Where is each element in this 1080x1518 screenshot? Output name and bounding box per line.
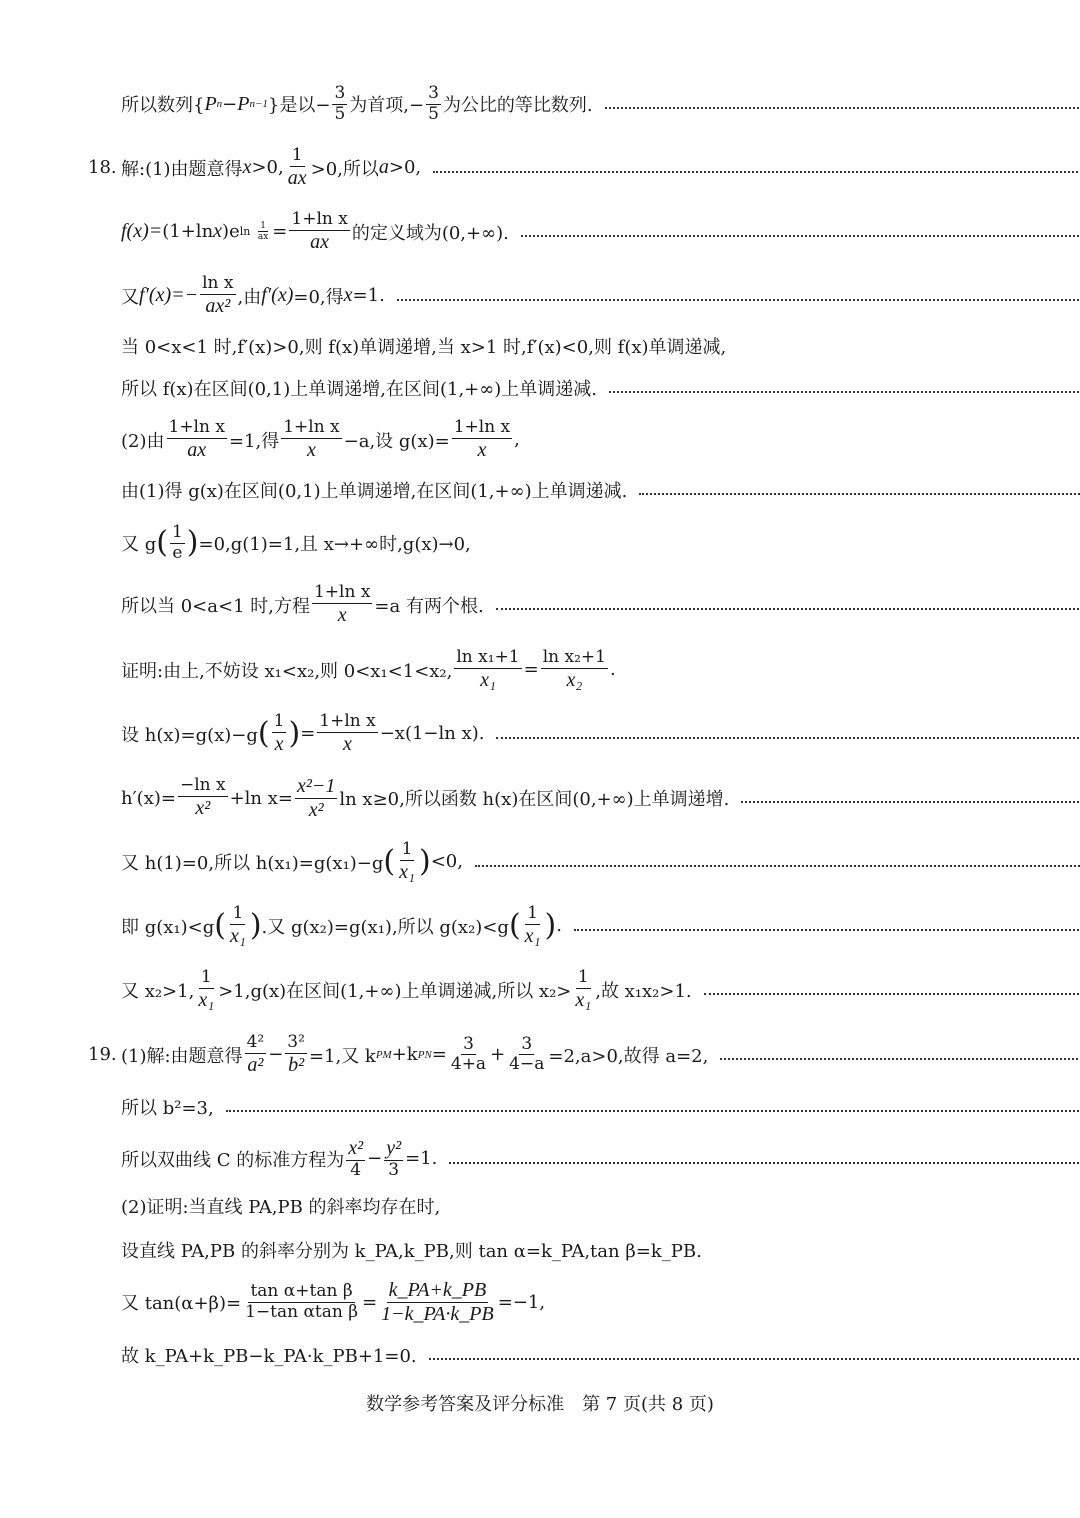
fraction: tan α+tan β1−tan αtan β (243, 1282, 360, 1322)
denominator: ax (286, 167, 309, 190)
text: 所以 b²=3, (121, 1094, 214, 1120)
left-paren: ( (156, 528, 168, 558)
numerator: 1 (230, 904, 245, 925)
numerator: 1 (272, 712, 287, 733)
line-content: 又 tan(α+β)= tan α+tan β1−tan αtan β = k_… (121, 1279, 545, 1326)
fraction: 1x (272, 712, 287, 756)
numerator: 3² (285, 1033, 307, 1054)
text: 故 k_PA+k_PB−k_PA·k_PB+1=0. (121, 1342, 417, 1368)
answer-line-slope-relation: 故 k_PA+k_PB−k_PA·k_PB+1=0. 7 分 (0, 1325, 1080, 1385)
answer-line-g-monotonic: 由(1)得 g(x)在区间(0,1)上单调递增,在区间(1,+∞)上单调递减. … (0, 460, 1080, 520)
text: 所以 f(x)在区间(0,1)上单调递增,在区间(1,+∞)上单调递减. (121, 375, 597, 401)
subscript: PM (376, 1049, 392, 1061)
question-number: 19. (88, 1044, 121, 1065)
answer-line-proof-setup: 证明:由上,不妨设 x₁<x₂,则 0<x₁<1<x₂, ln x₁+1x₁ =… (0, 640, 1080, 700)
dot-leader (429, 1358, 1080, 1360)
line-content: 又 x₂>1, 1x₁ >1,g(x)在区间(1,+∞)上单调递减,所以 x₂>… (121, 968, 692, 1012)
answer-line-define-h: 设 h(x)=g(x)−g (1x) = 1+ln xx −x(1−ln x).… (0, 704, 1080, 764)
answer-line-h1: 又 h(1)=0,所以 h(x₁)=g(x₁)−g (1x₁) <0, 14 分 (0, 832, 1080, 892)
text: 所以数列{ (121, 91, 204, 117)
text: 所以当 0<a<1 时,方程 (121, 592, 310, 618)
numerator: y² (384, 1137, 403, 1161)
numerator: 1 (576, 968, 591, 989)
denominator: x (475, 439, 488, 462)
text: . (610, 659, 616, 680)
numerator: x²−1 (295, 775, 337, 799)
line-content: 所以数列{ Pn − Pn−1 }是以− 35 为首项,− 35 为公比的等比数… (121, 84, 593, 124)
numerator: 1 (199, 968, 214, 989)
text: 的定义域为(0,+∞). (352, 219, 509, 245)
page-footer: 数学参考答案及评分标准 第 7 页(共 8 页) (0, 1390, 1080, 1430)
dot-leader (741, 801, 1080, 803)
denominator: x₂ (564, 669, 584, 692)
subscript: PN (418, 1049, 432, 1061)
answer-line-two-roots: 所以当 0<a<1 时,方程 1+ln xx =a 有两个根. 9 分 (0, 575, 1080, 635)
fraction: 1+ln xx (452, 418, 512, 462)
answer-line-domain: f(x)= (1+ln x)eln 1ax = 1+ln xax 的定义域为(0… (0, 202, 1080, 262)
line-content: 所以 f(x)在区间(0,1)上单调递增,在区间(1,+∞)上单调递减. (121, 375, 597, 401)
dot-leader (496, 608, 1080, 610)
text: )e (222, 221, 240, 242)
text: 又 h(1)=0,所以 h(x₁)=g(x₁)−g (121, 849, 383, 875)
line-content: f(x)= (1+ln x)eln 1ax = 1+ln xax 的定义域为(0… (121, 210, 509, 254)
denominator: 4+a (449, 1055, 488, 1075)
text: }是以− (268, 91, 331, 117)
math-expr: f′(x) (261, 284, 293, 307)
answer-line-18-1: 18. 解:(1)由题意得 x >0, 1ax >0,所以 a >0, 1 分 (0, 138, 1080, 198)
text: 由(1)得 g(x)在区间(0,1)上单调递增,在区间(1,+∞)上单调递减. (121, 477, 627, 503)
text: ln (240, 225, 251, 238)
numerator: 1 (290, 146, 305, 167)
math-var: x (213, 220, 222, 243)
numerator: 1+ln x (167, 418, 227, 439)
numerator: 1 (400, 840, 415, 861)
answer-line-part2-proof: (2)证明:当直线 PA,PB 的斜率均存在时, (0, 1182, 1080, 1230)
denominator: x₁ (397, 861, 417, 884)
text: >0, (389, 157, 421, 178)
denominator: x₁ (228, 925, 248, 948)
numerator: 3 (332, 84, 347, 105)
text: = (300, 723, 315, 744)
text: >0,所以 (311, 155, 379, 181)
text: =1. (405, 1148, 437, 1169)
text: 设 h(x)=g(x)−g (121, 721, 258, 747)
fraction: k_PA+k_PB1−k_PA·k_PB (379, 1279, 496, 1326)
text: − (367, 1148, 382, 1169)
dot-leader (397, 299, 1080, 301)
answer-line-g-compare: 即 g(x₁)<g (1x₁) .又 g(x₂)=g(x₁),所以 g(x₂)<… (0, 896, 1080, 956)
fraction: 35 (332, 84, 347, 124)
right-paren: ) (187, 528, 199, 558)
line-content: 所以当 0<a<1 时,方程 1+ln xx =a 有两个根. (121, 583, 484, 627)
answer-line-slopes: 设直线 PA,PB 的斜率分别为 k_PA,k_PB,则 tan α=k_PA,… (0, 1226, 1080, 1274)
math-expr: f′(x)=− (139, 284, 198, 307)
fraction: 1x₁ (228, 904, 248, 948)
answer-line-tan-sum: 又 tan(α+β)= tan α+tan β1−tan αtan β = k_… (0, 1272, 1080, 1332)
denominator: x² (307, 799, 326, 822)
math-var: x (243, 156, 252, 179)
text: =2,a>0,故得 a=2, (548, 1042, 708, 1068)
answer-line-hyperbola: 所以双曲线 C 的标准方程为 x²4 − y²3 =1. 6 分 (0, 1129, 1080, 1189)
numerator: 1+ln x (317, 712, 377, 733)
answer-line-b-squared: 所以 b²=3, 4 分 (0, 1077, 1080, 1137)
line-content: 所以 b²=3, (121, 1094, 214, 1120)
left-paren: ( (383, 847, 395, 877)
line-content: 证明:由上,不妨设 x₁<x₂,则 0<x₁<1<x₂, ln x₁+1x₁ =… (121, 648, 616, 692)
text: 为公比的等比数列. (443, 91, 593, 117)
text: 解:(1)由题意得 (121, 155, 243, 181)
text: 为首项,− (349, 91, 424, 117)
line-content: 即 g(x₁)<g (1x₁) .又 g(x₂)=g(x₁),所以 g(x₂)<… (121, 904, 562, 948)
text: <0, (431, 851, 463, 872)
math-var: x (344, 284, 353, 307)
fraction: 34−a (507, 1035, 546, 1075)
denominator: 4 (348, 1161, 363, 1181)
text: = (272, 221, 287, 242)
denominator: x (305, 439, 318, 462)
right-paren: ) (419, 847, 431, 877)
denominator: ax (256, 232, 270, 242)
numerator: ln x₂+1 (541, 648, 608, 669)
fraction: x²4 (346, 1137, 365, 1181)
denominator: x² (193, 797, 212, 820)
line-content: 设 h(x)=g(x)−g (1x) = 1+ln xx −x(1−ln x). (121, 712, 484, 756)
text: (1+ln (162, 221, 213, 242)
line-content: 又 f′(x)=− ln xax² ,由 f′(x) =0,得 x =1. (121, 274, 385, 318)
text: >1,g(x)在区间(1,+∞)上单调递减,所以 x₂> (218, 977, 571, 1003)
left-paren: ( (258, 719, 270, 749)
numerator: x² (346, 1137, 365, 1161)
numerator: k_PA+k_PB (387, 1279, 489, 1303)
text: (2)由 (121, 427, 165, 453)
text: 又 tan(α+β)= (121, 1289, 241, 1315)
answer-line-monotonic-summary: 所以 f(x)在区间(0,1)上单调递增,在区间(1,+∞)上单调递减. 6 分 (0, 358, 1080, 418)
denominator: 4−a (507, 1055, 546, 1075)
exponent: ln 1ax (240, 221, 273, 243)
numerator: ln x₁+1 (454, 648, 521, 669)
line-content: 故 k_PA+k_PB−k_PA·k_PB+1=0. (121, 1342, 417, 1368)
fraction: 1x₁ (523, 904, 543, 948)
right-paren: ) (545, 911, 557, 941)
dot-leader (433, 171, 1080, 173)
numerator: 3 (519, 1035, 534, 1056)
math-var: P (237, 93, 249, 116)
answer-line-derivative: 又 f′(x)=− ln xax² ,由 f′(x) =0,得 x =1. 3 … (0, 266, 1080, 326)
text: +ln x= (230, 788, 293, 809)
denominator: 5 (426, 105, 441, 125)
math-var: P (204, 93, 216, 116)
right-paren: ) (288, 719, 300, 749)
dot-leader (609, 391, 1080, 393)
numerator: 1 (170, 523, 185, 544)
line-content: (2)由 1+ln xax =1,得 1+ln xx −a,设 g(x)= 1+… (121, 418, 520, 462)
denominator: 1−tan αtan β (243, 1303, 360, 1323)
denominator: e (170, 544, 184, 564)
text: (1)解:由题意得 (121, 1042, 243, 1068)
text: − (222, 94, 237, 115)
fraction: 3²b² (285, 1033, 307, 1077)
numerator: 1 (525, 904, 540, 925)
line-content: (2)证明:当直线 PA,PB 的斜率均存在时, (121, 1193, 440, 1219)
denominator: x (341, 733, 354, 756)
text: ,故 x₁x₂>1. (595, 977, 691, 1003)
denominator: x₁ (573, 989, 593, 1012)
line-content: 当 0<x<1 时,f′(x)>0,则 f(x)单调递增,当 x>1 时,f′(… (121, 333, 726, 359)
text: = (432, 1044, 447, 1065)
text: 证明:由上,不妨设 x₁<x₂,则 0<x₁<1<x₂, (121, 657, 452, 683)
line-content: 由(1)得 g(x)在区间(0,1)上单调递增,在区间(1,+∞)上单调递减. (121, 477, 627, 503)
answer-line-19-1: 19. (1)解:由题意得 4²a² − 3²b² =1,又 kPM +kPN … (0, 1025, 1080, 1085)
numerator: 3 (461, 1035, 476, 1056)
text: 又 (121, 283, 139, 309)
text: (2)证明:当直线 PA,PB 的斜率均存在时, (121, 1193, 440, 1219)
fraction: ln x₂+1x₂ (541, 648, 608, 692)
text: >0, (251, 157, 283, 178)
text: =0,得 (293, 283, 343, 309)
numerator: 1+ln x (452, 418, 512, 439)
text: +k (392, 1044, 418, 1065)
fraction: 1+ln xax (289, 210, 349, 254)
line-content: 又 h(1)=0,所以 h(x₁)=g(x₁)−g (1x₁) <0, (121, 840, 463, 884)
text: −a,设 g(x)= (344, 427, 450, 453)
dot-leader (449, 1162, 1080, 1164)
subscript: n−1 (249, 98, 267, 110)
question-number: 18. (88, 157, 121, 178)
fraction: 4²a² (245, 1033, 267, 1077)
denominator: ax (185, 439, 208, 462)
right-paren: ) (250, 911, 262, 941)
dot-leader (605, 107, 1080, 109)
text: , (514, 429, 520, 450)
denominator: x₁ (478, 669, 498, 692)
text: ln x≥0,所以函数 h(x)在区间(0,+∞)上单调递增. (339, 785, 729, 811)
text: 设直线 PA,PB 的斜率分别为 k_PA,k_PB,则 tan α=k_PA,… (121, 1237, 702, 1263)
denominator: x (273, 733, 286, 756)
text: + (490, 1044, 505, 1065)
text: =−1, (498, 1292, 545, 1313)
numerator: 1 (258, 221, 268, 232)
fraction: y²3 (384, 1137, 403, 1181)
text: =1,又 k (309, 1042, 376, 1068)
text: .又 g(x₂)=g(x₁),所以 g(x₂)<g (262, 913, 509, 939)
denominator: ax (308, 231, 331, 254)
fraction: 1+ln xx (312, 583, 372, 627)
dot-leader (574, 929, 1080, 931)
fraction: 1ax (256, 221, 270, 243)
denominator: x (336, 604, 349, 627)
text: h′(x)= (121, 788, 176, 809)
numerator: ln x (200, 274, 235, 295)
line-content: h′(x)= −ln xx² +ln x= x²−1x² ln x≥0,所以函数… (121, 775, 729, 822)
text: −x(1−ln x). (380, 723, 485, 744)
line-content: 又 g (1e) =0,g(1)=1,且 x→+∞时,g(x)→0, (121, 523, 471, 563)
fraction: 1x₁ (573, 968, 593, 1012)
numerator: tan α+tan β (248, 1282, 354, 1303)
text: = (524, 659, 539, 680)
dot-leader (639, 493, 1080, 495)
fraction: 1e (170, 523, 185, 563)
dot-leader (720, 1058, 1080, 1060)
left-paren: ( (214, 911, 226, 941)
denominator: ax² (203, 295, 232, 318)
text: =a 有两个根. (374, 592, 483, 618)
dot-leader (521, 235, 1080, 237)
denominator: a² (245, 1054, 265, 1077)
dot-leader (475, 865, 1080, 867)
text: . (556, 915, 562, 936)
text: =1,得 (229, 427, 279, 453)
numerator: 1+ln x (281, 418, 341, 439)
numerator: −ln x (178, 776, 228, 797)
text: ,由 (238, 283, 262, 309)
answer-line-h-derivative: h′(x)= −ln xx² +ln x= x²−1x² ln x≥0,所以函数… (0, 768, 1080, 828)
numerator: 4² (245, 1033, 267, 1054)
denominator: b² (286, 1054, 306, 1077)
text: 又 g (121, 530, 156, 556)
fraction: 1+ln xx (317, 712, 377, 756)
fraction: ln x₁+1x₁ (454, 648, 521, 692)
text: − (268, 1044, 283, 1065)
dot-leader (226, 1110, 1080, 1112)
text: =0,g(1)=1,且 x→+∞时,g(x)→0, (199, 530, 471, 556)
text: 即 g(x₁)<g (121, 913, 214, 939)
line-content: 设直线 PA,PB 的斜率分别为 k_PA,k_PB,则 tan α=k_PA,… (121, 1237, 702, 1263)
line-content: 所以双曲线 C 的标准方程为 x²4 − y²3 =1. (121, 1137, 437, 1181)
fraction: 1x₁ (397, 840, 417, 884)
denominator: x₁ (196, 989, 216, 1012)
denominator: 5 (332, 105, 347, 125)
numerator: 1+ln x (312, 583, 372, 604)
fraction: ln xax² (200, 274, 235, 318)
dot-leader (704, 993, 1080, 995)
numerator: 1+ln x (289, 210, 349, 231)
fraction: 1x₁ (196, 968, 216, 1012)
numerator: 3 (426, 84, 441, 105)
line-content: 18. 解:(1)由题意得 x >0, 1ax >0,所以 a >0, (88, 146, 421, 190)
text: = (362, 1292, 377, 1313)
fraction: 1ax (286, 146, 309, 190)
text: 又 x₂>1, (121, 977, 194, 1003)
text: =1. (353, 285, 385, 306)
fraction: 1+ln xx (281, 418, 341, 462)
fraction: 34+a (449, 1035, 488, 1075)
answer-line-g-values: 又 g (1e) =0,g(1)=1,且 x→+∞时,g(x)→0, (0, 513, 1080, 573)
fraction: x²−1x² (295, 775, 337, 822)
denominator: 1−k_PA·k_PB (379, 1303, 496, 1326)
fraction: −ln xx² (178, 776, 228, 820)
fraction: 35 (426, 84, 441, 124)
text: 所以双曲线 C 的标准方程为 (121, 1146, 344, 1172)
denominator: x₁ (523, 925, 543, 948)
line-content: 19. (1)解:由题意得 4²a² − 3²b² =1,又 kPM +kPN … (88, 1033, 708, 1077)
math-var: a (379, 156, 389, 179)
denominator: 3 (386, 1161, 401, 1181)
dot-leader (496, 737, 1080, 739)
answer-line-15: 所以数列{ Pn − Pn−1 }是以− 35 为首项,− 35 为公比的等比数… (0, 74, 1080, 134)
answer-line-conclusion: 又 x₂>1, 1x₁ >1,g(x)在区间(1,+∞)上单调递减,所以 x₂>… (0, 960, 1080, 1020)
text: 当 0<x<1 时,f′(x)>0,则 f(x)单调递增,当 x>1 时,f′(… (121, 333, 726, 359)
math-expr: f(x)= (121, 220, 162, 243)
left-paren: ( (509, 911, 521, 941)
fraction: 1+ln xax (167, 418, 227, 462)
